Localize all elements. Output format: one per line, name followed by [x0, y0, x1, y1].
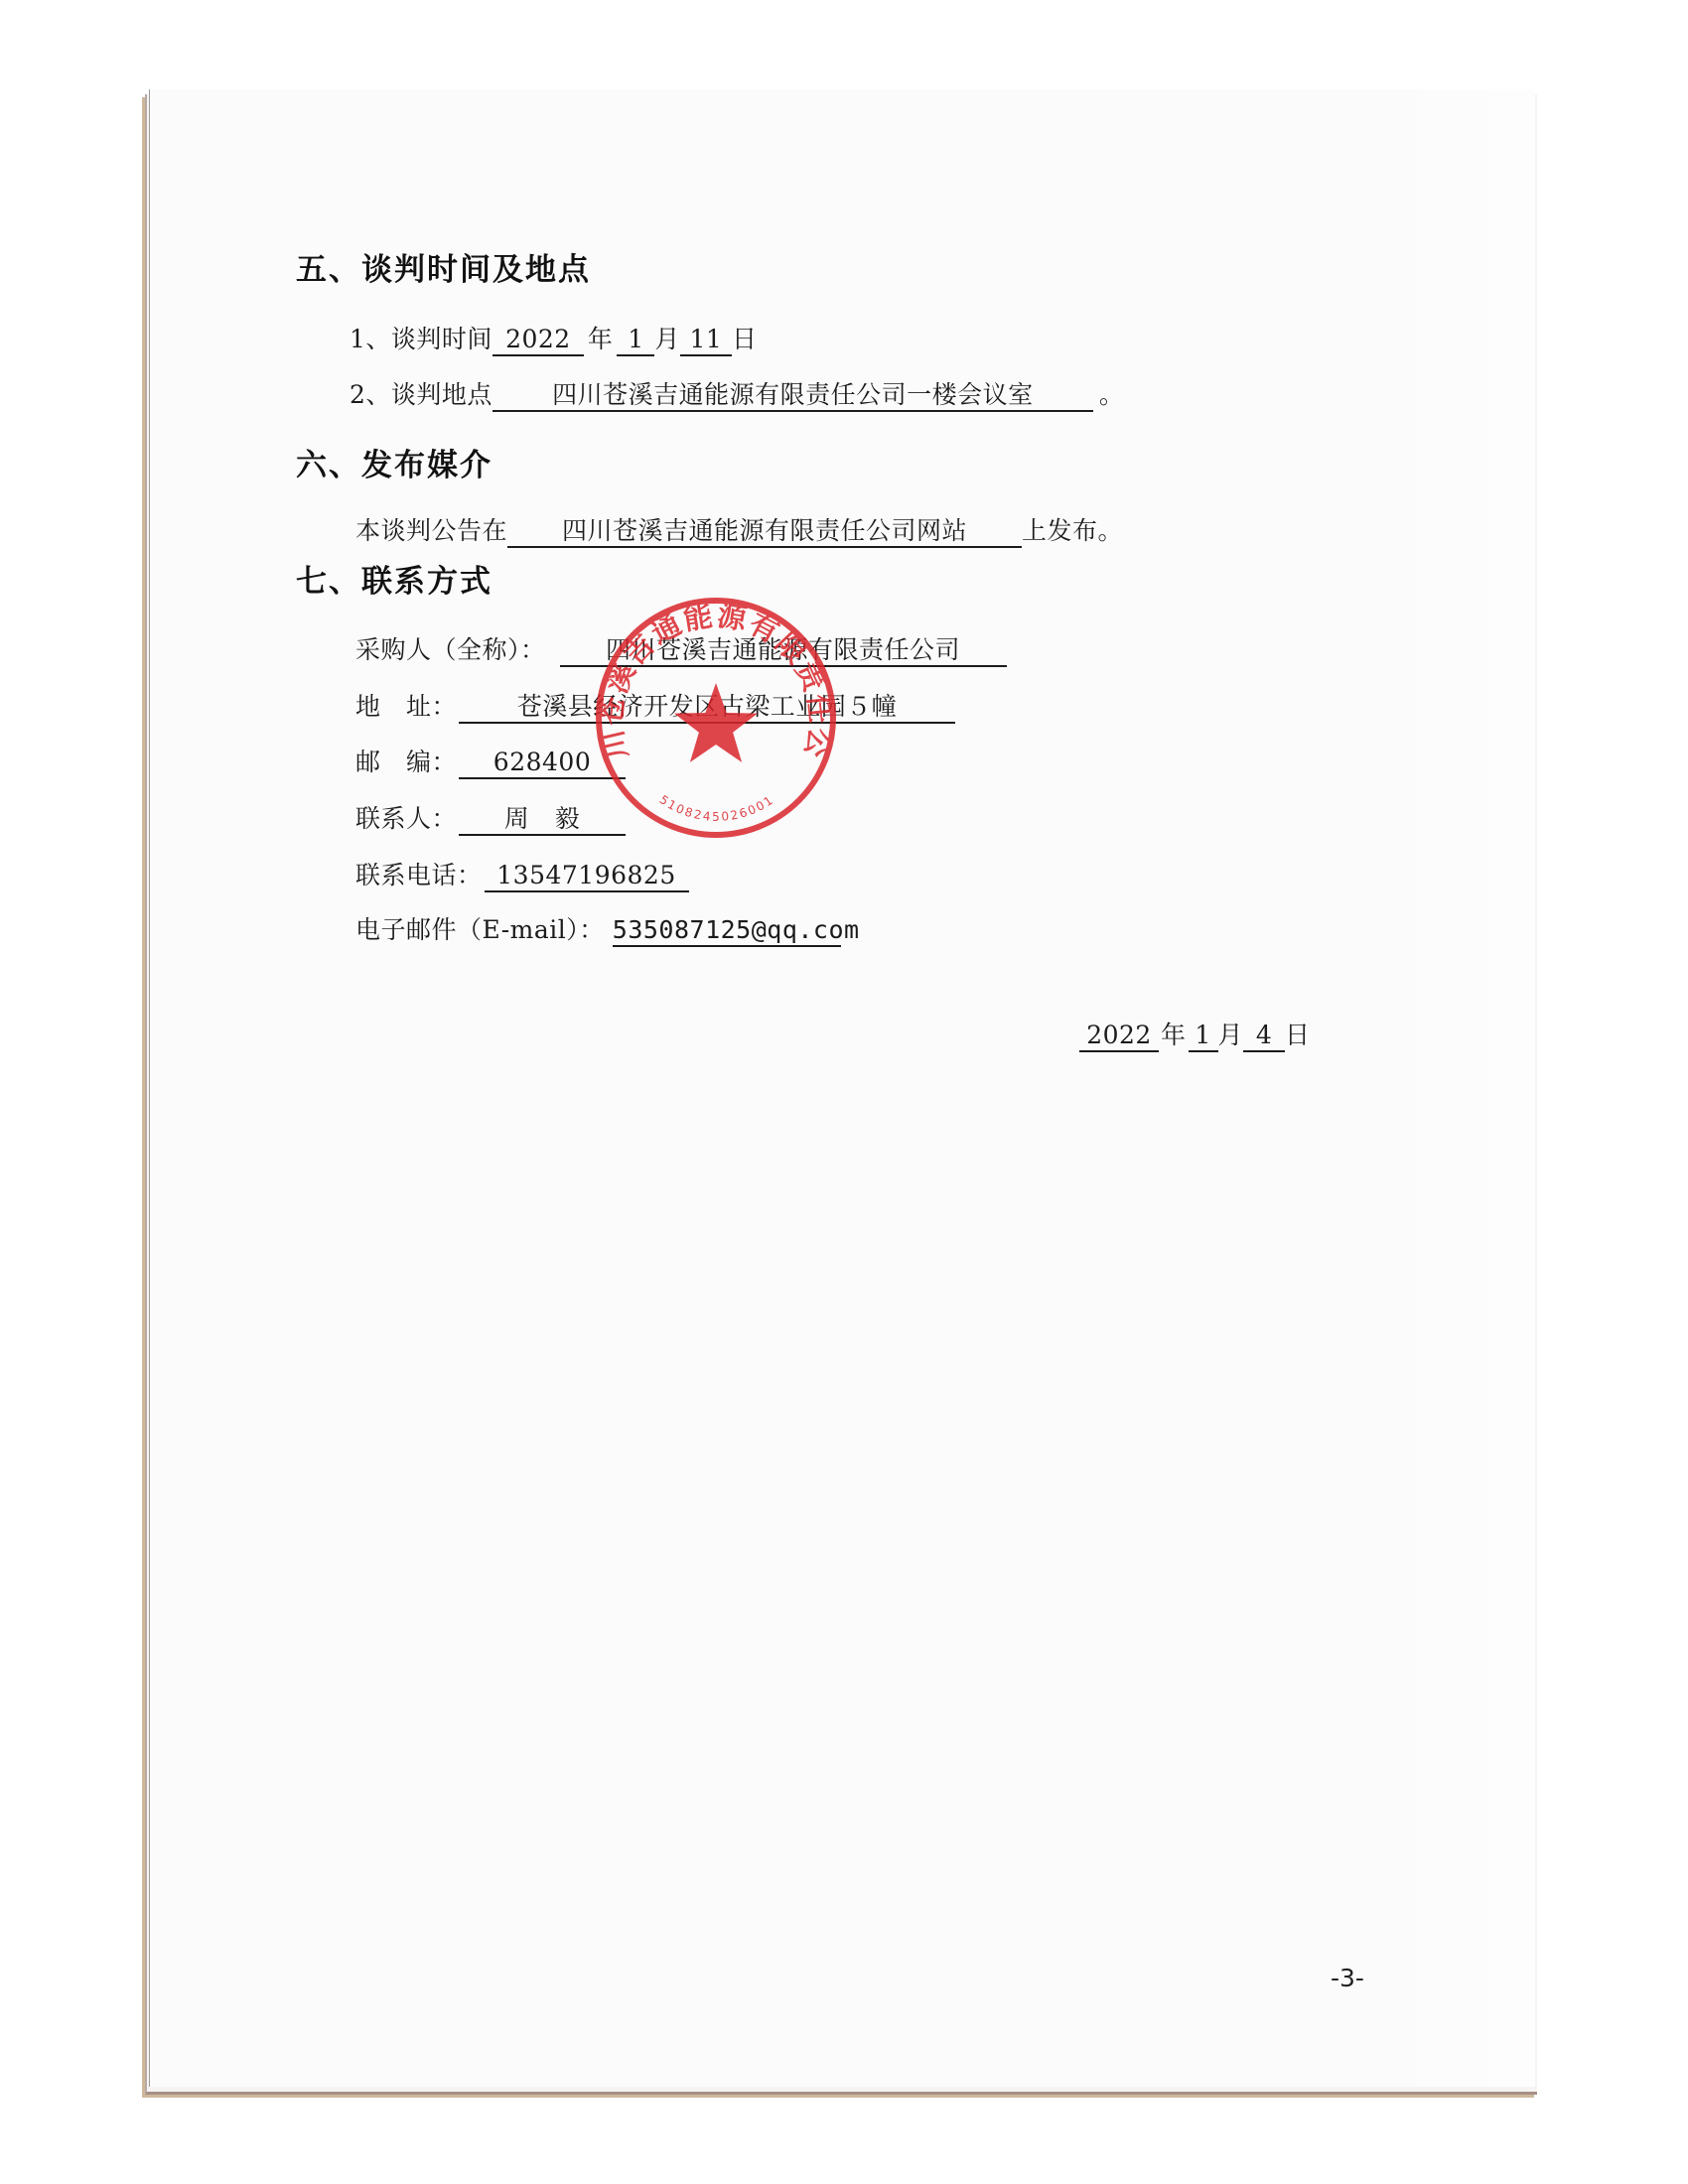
section-heading-publishing-media: 六、发布媒介 — [296, 440, 492, 484]
negotiation-time-line: 1、谈判时间2022年1月11日 — [350, 320, 757, 356]
publishing-suffix: 上发布。 — [1022, 516, 1123, 545]
signature-day-unit: 日 — [1285, 1021, 1311, 1049]
signature-month: 1 — [1189, 1022, 1218, 1052]
negotiation-time-label: 1、谈判时间 — [350, 325, 492, 353]
contact-person-line: 联系人：周 毅 — [355, 799, 626, 836]
phone-line: 联系电话：13547196825 — [355, 856, 689, 892]
phone-value: 13547196825 — [485, 862, 689, 892]
day-unit: 日 — [732, 325, 758, 353]
signature-day: 4 — [1243, 1022, 1285, 1052]
signature-year-unit: 年 — [1161, 1021, 1187, 1049]
signature-date: 2022年1月4日 — [1079, 1016, 1311, 1052]
section-heading-contact: 七、联系方式 — [296, 556, 492, 601]
phone-label: 联系电话： — [355, 861, 483, 889]
month-unit: 月 — [654, 325, 680, 353]
negotiation-year: 2022 — [492, 326, 584, 356]
publishing-media-value: 四川苍溪吉通能源有限责任公司网站 — [507, 517, 1022, 548]
purchaser-line: 采购人（全称）：四川苍溪吉通能源有限责任公司 — [355, 630, 1007, 667]
section-heading-negotiation-time-place: 五、谈判时间及地点 — [296, 244, 591, 289]
signature-year: 2022 — [1079, 1022, 1159, 1052]
postcode-line: 邮 编：628400 — [355, 743, 626, 779]
paper-shading — [1386, 89, 1535, 2087]
address-value: 苍溪县经济开发区古梁工业园５幢 — [459, 693, 955, 724]
page-number: -3- — [1331, 1964, 1364, 1992]
year-unit: 年 — [588, 325, 614, 353]
email-value: 535087125@qq.com — [613, 916, 841, 947]
address-label: 地 址： — [355, 692, 457, 721]
negotiation-day: 11 — [680, 326, 732, 356]
publishing-prefix: 本谈判公告在 — [355, 516, 507, 545]
negotiation-place-line: 2、谈判地点四川苍溪吉通能源有限责任公司一楼会议室。 — [350, 375, 1124, 412]
purchaser-value: 四川苍溪吉通能源有限责任公司 — [560, 636, 1007, 667]
period: 。 — [1099, 380, 1125, 409]
purchaser-label: 采购人（全称）： — [355, 635, 546, 664]
email-label: 电子邮件（E-mail）： — [355, 915, 605, 944]
negotiation-month: 1 — [617, 326, 654, 356]
contact-person-label: 联系人： — [355, 804, 457, 833]
publishing-media-line: 本谈判公告在四川苍溪吉通能源有限责任公司网站上发布。 — [355, 511, 1123, 548]
contact-person-value: 周 毅 — [459, 805, 626, 836]
postcode-label: 邮 编： — [355, 748, 457, 776]
address-line: 地 址：苍溪县经济开发区古梁工业园５幢 — [355, 687, 955, 724]
postcode-value: 628400 — [459, 749, 626, 779]
negotiation-place-label: 2、谈判地点 — [350, 380, 492, 409]
negotiation-place-value: 四川苍溪吉通能源有限责任公司一楼会议室 — [492, 381, 1093, 412]
email-line: 电子邮件（E-mail）：535087125@qq.com — [355, 910, 841, 947]
signature-month-unit: 月 — [1218, 1021, 1244, 1049]
